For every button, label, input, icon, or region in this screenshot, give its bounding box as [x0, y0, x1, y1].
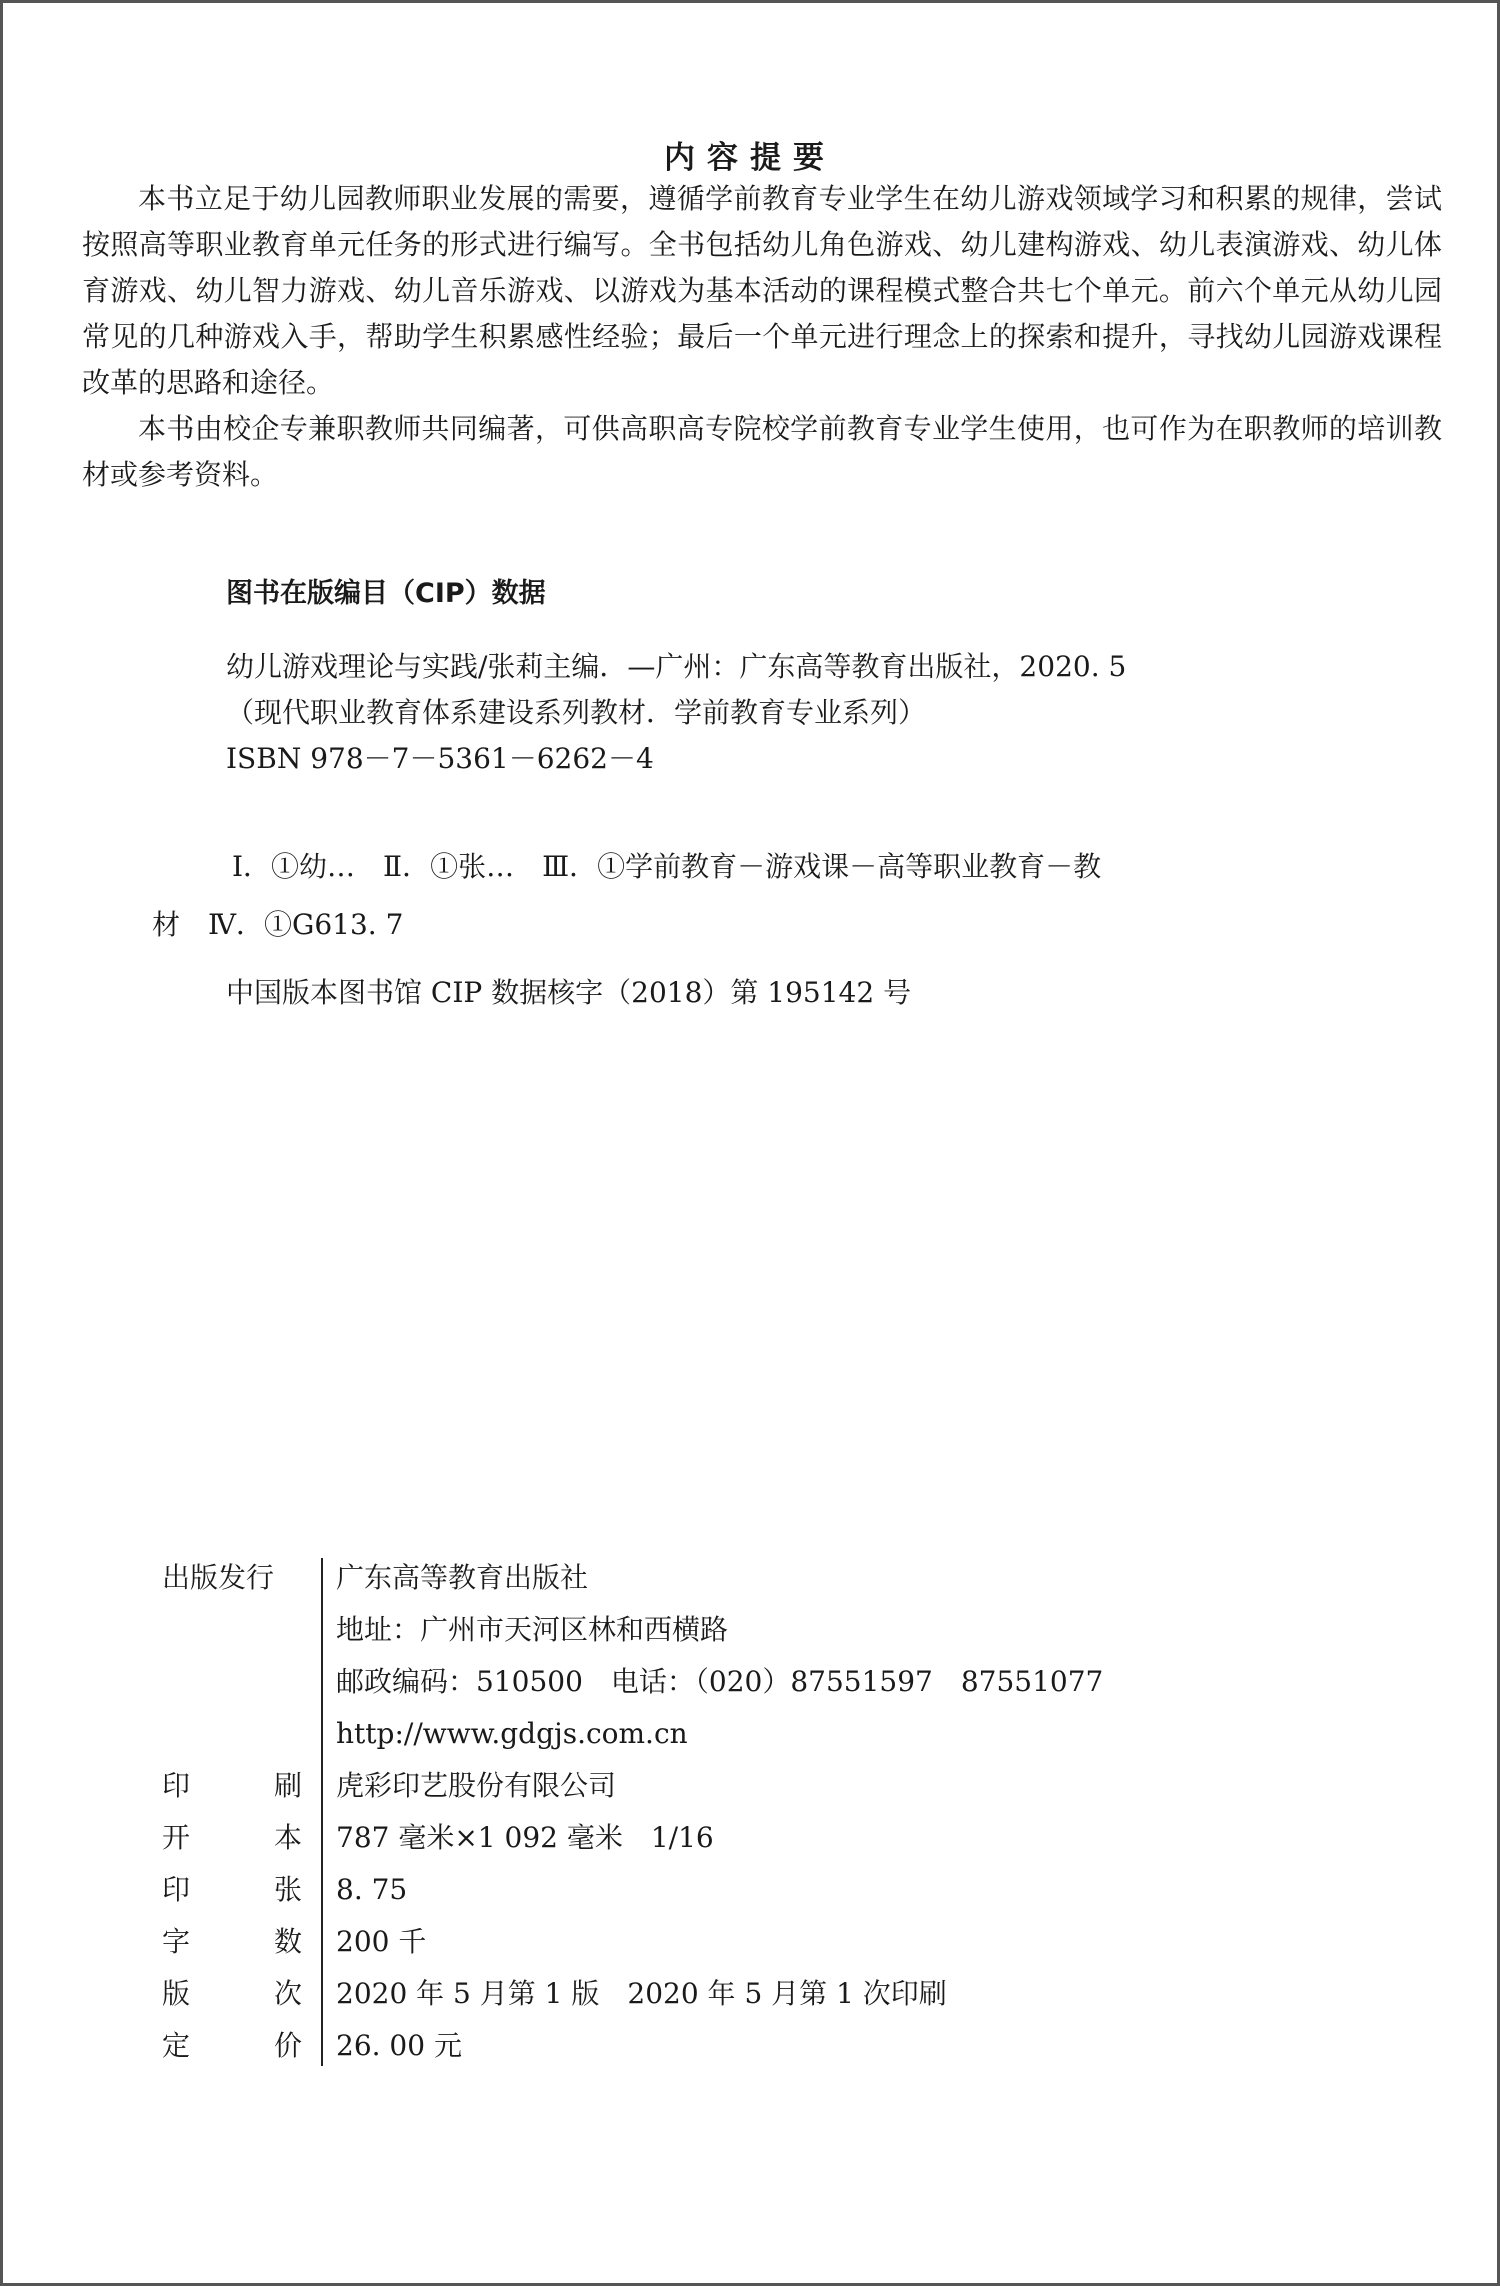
imprint-address: 地址：广州市天河区林和西横路	[162, 1604, 1262, 1656]
summary-paragraph: 本书由校企专兼职教师共同编著，可供高职高专院校学前教育专业学生使用，也可作为在职…	[82, 406, 1442, 498]
imprint-label: 印 张	[162, 1864, 302, 1916]
imprint-label-char: 本	[274, 1812, 302, 1864]
imprint-row-publisher: 出版发行 广东高等教育出版社	[162, 1552, 1262, 1604]
summary-body: 本书立足于幼儿园教师职业发展的需要，遵循学前教育专业学生在幼儿游戏领域学习和积累…	[82, 176, 1442, 498]
cip-approval-number: 中国版本图书馆 CIP 数据核字（2018）第 195142 号	[226, 970, 911, 1016]
imprint-label: 字 数	[162, 1916, 302, 1968]
cip-classification: Ⅰ．①幼… Ⅱ．①张… Ⅲ．①学前教育－游戏课－高等职业教育－教 材 Ⅳ．①G6…	[152, 838, 1382, 954]
cip-isbn: ISBN 978－7－5361－6262－4	[226, 736, 1386, 782]
imprint-value: 200 千	[336, 1916, 426, 1968]
imprint-label-char: 定	[162, 2020, 190, 2072]
imprint-value: 虎彩印艺股份有限公司	[336, 1760, 616, 1812]
imprint-label: 开 本	[162, 1812, 302, 1864]
imprint-label-char: 次	[274, 1968, 302, 2020]
imprint-label-char: 版	[162, 1968, 190, 2020]
imprint-contact: 邮政编码：510500 电话：（020）87551597 87551077	[162, 1656, 1262, 1708]
imprint-value: 8. 75	[336, 1864, 407, 1916]
cip-classification-line: 材 Ⅳ．①G613. 7	[152, 896, 1382, 954]
imprint-label-char: 价	[274, 2020, 302, 2072]
imprint-value: 26. 00 元	[336, 2020, 462, 2072]
imprint-label-char: 字	[162, 1916, 190, 1968]
imprint-row-price: 定 价 26. 00 元	[162, 2020, 1262, 2072]
imprint-label: 印 刷	[162, 1760, 302, 1812]
imprint-value-publisher: 广东高等教育出版社	[336, 1552, 588, 1604]
imprint-label-char: 印	[162, 1760, 190, 1812]
imprint-label-char: 刷	[274, 1760, 302, 1812]
imprint-row-format: 开 本 787 毫米×1 092 毫米 1/16	[162, 1812, 1262, 1864]
imprint-label: 版 次	[162, 1968, 302, 2020]
imprint-table: 出版发行 广东高等教育出版社 地址：广州市天河区林和西横路 邮政编码：51050…	[162, 1552, 1262, 2072]
summary-paragraph: 本书立足于幼儿园教师职业发展的需要，遵循学前教育专业学生在幼儿游戏领域学习和积累…	[82, 176, 1442, 406]
summary-title: 内容提要	[0, 132, 1500, 177]
imprint-value: 787 毫米×1 092 毫米 1/16	[336, 1812, 714, 1864]
cip-heading: 图书在版编目（CIP）数据	[226, 574, 1386, 614]
imprint-label: 出版发行	[162, 1552, 302, 1604]
cip-entry: 幼儿游戏理论与实践/张莉主编．—广州：广东高等教育出版社，2020. 5 （现代…	[226, 644, 1386, 782]
imprint-row-printer: 印 刷 虎彩印艺股份有限公司	[162, 1760, 1262, 1812]
imprint-label: 定 价	[162, 2020, 302, 2072]
imprint-divider	[321, 1558, 323, 2066]
cip-title-line: 幼儿游戏理论与实践/张莉主编．—广州：广东高等教育出版社，2020. 5	[226, 644, 1386, 690]
imprint-value: 2020 年 5 月第 1 版 2020 年 5 月第 1 次印刷	[336, 1968, 947, 2020]
imprint-label-char: 开	[162, 1812, 190, 1864]
imprint-row-edition: 版 次 2020 年 5 月第 1 版 2020 年 5 月第 1 次印刷	[162, 1968, 1262, 2020]
cip-classification-line: Ⅰ．①幼… Ⅱ．①张… Ⅲ．①学前教育－游戏课－高等职业教育－教	[152, 838, 1382, 896]
imprint-website: http://www.gdgjs.com.cn	[162, 1708, 1262, 1760]
cip-series-line: （现代职业教育体系建设系列教材．学前教育专业系列）	[226, 690, 1386, 736]
imprint-label-char: 印	[162, 1864, 190, 1916]
imprint-label-char: 张	[274, 1864, 302, 1916]
imprint-row-wordcount: 字 数 200 千	[162, 1916, 1262, 1968]
imprint-row-sheets: 印 张 8. 75	[162, 1864, 1262, 1916]
imprint-label-char: 数	[274, 1916, 302, 1968]
cip-block: 图书在版编目（CIP）数据 幼儿游戏理论与实践/张莉主编．—广州：广东高等教育出…	[226, 574, 1386, 782]
